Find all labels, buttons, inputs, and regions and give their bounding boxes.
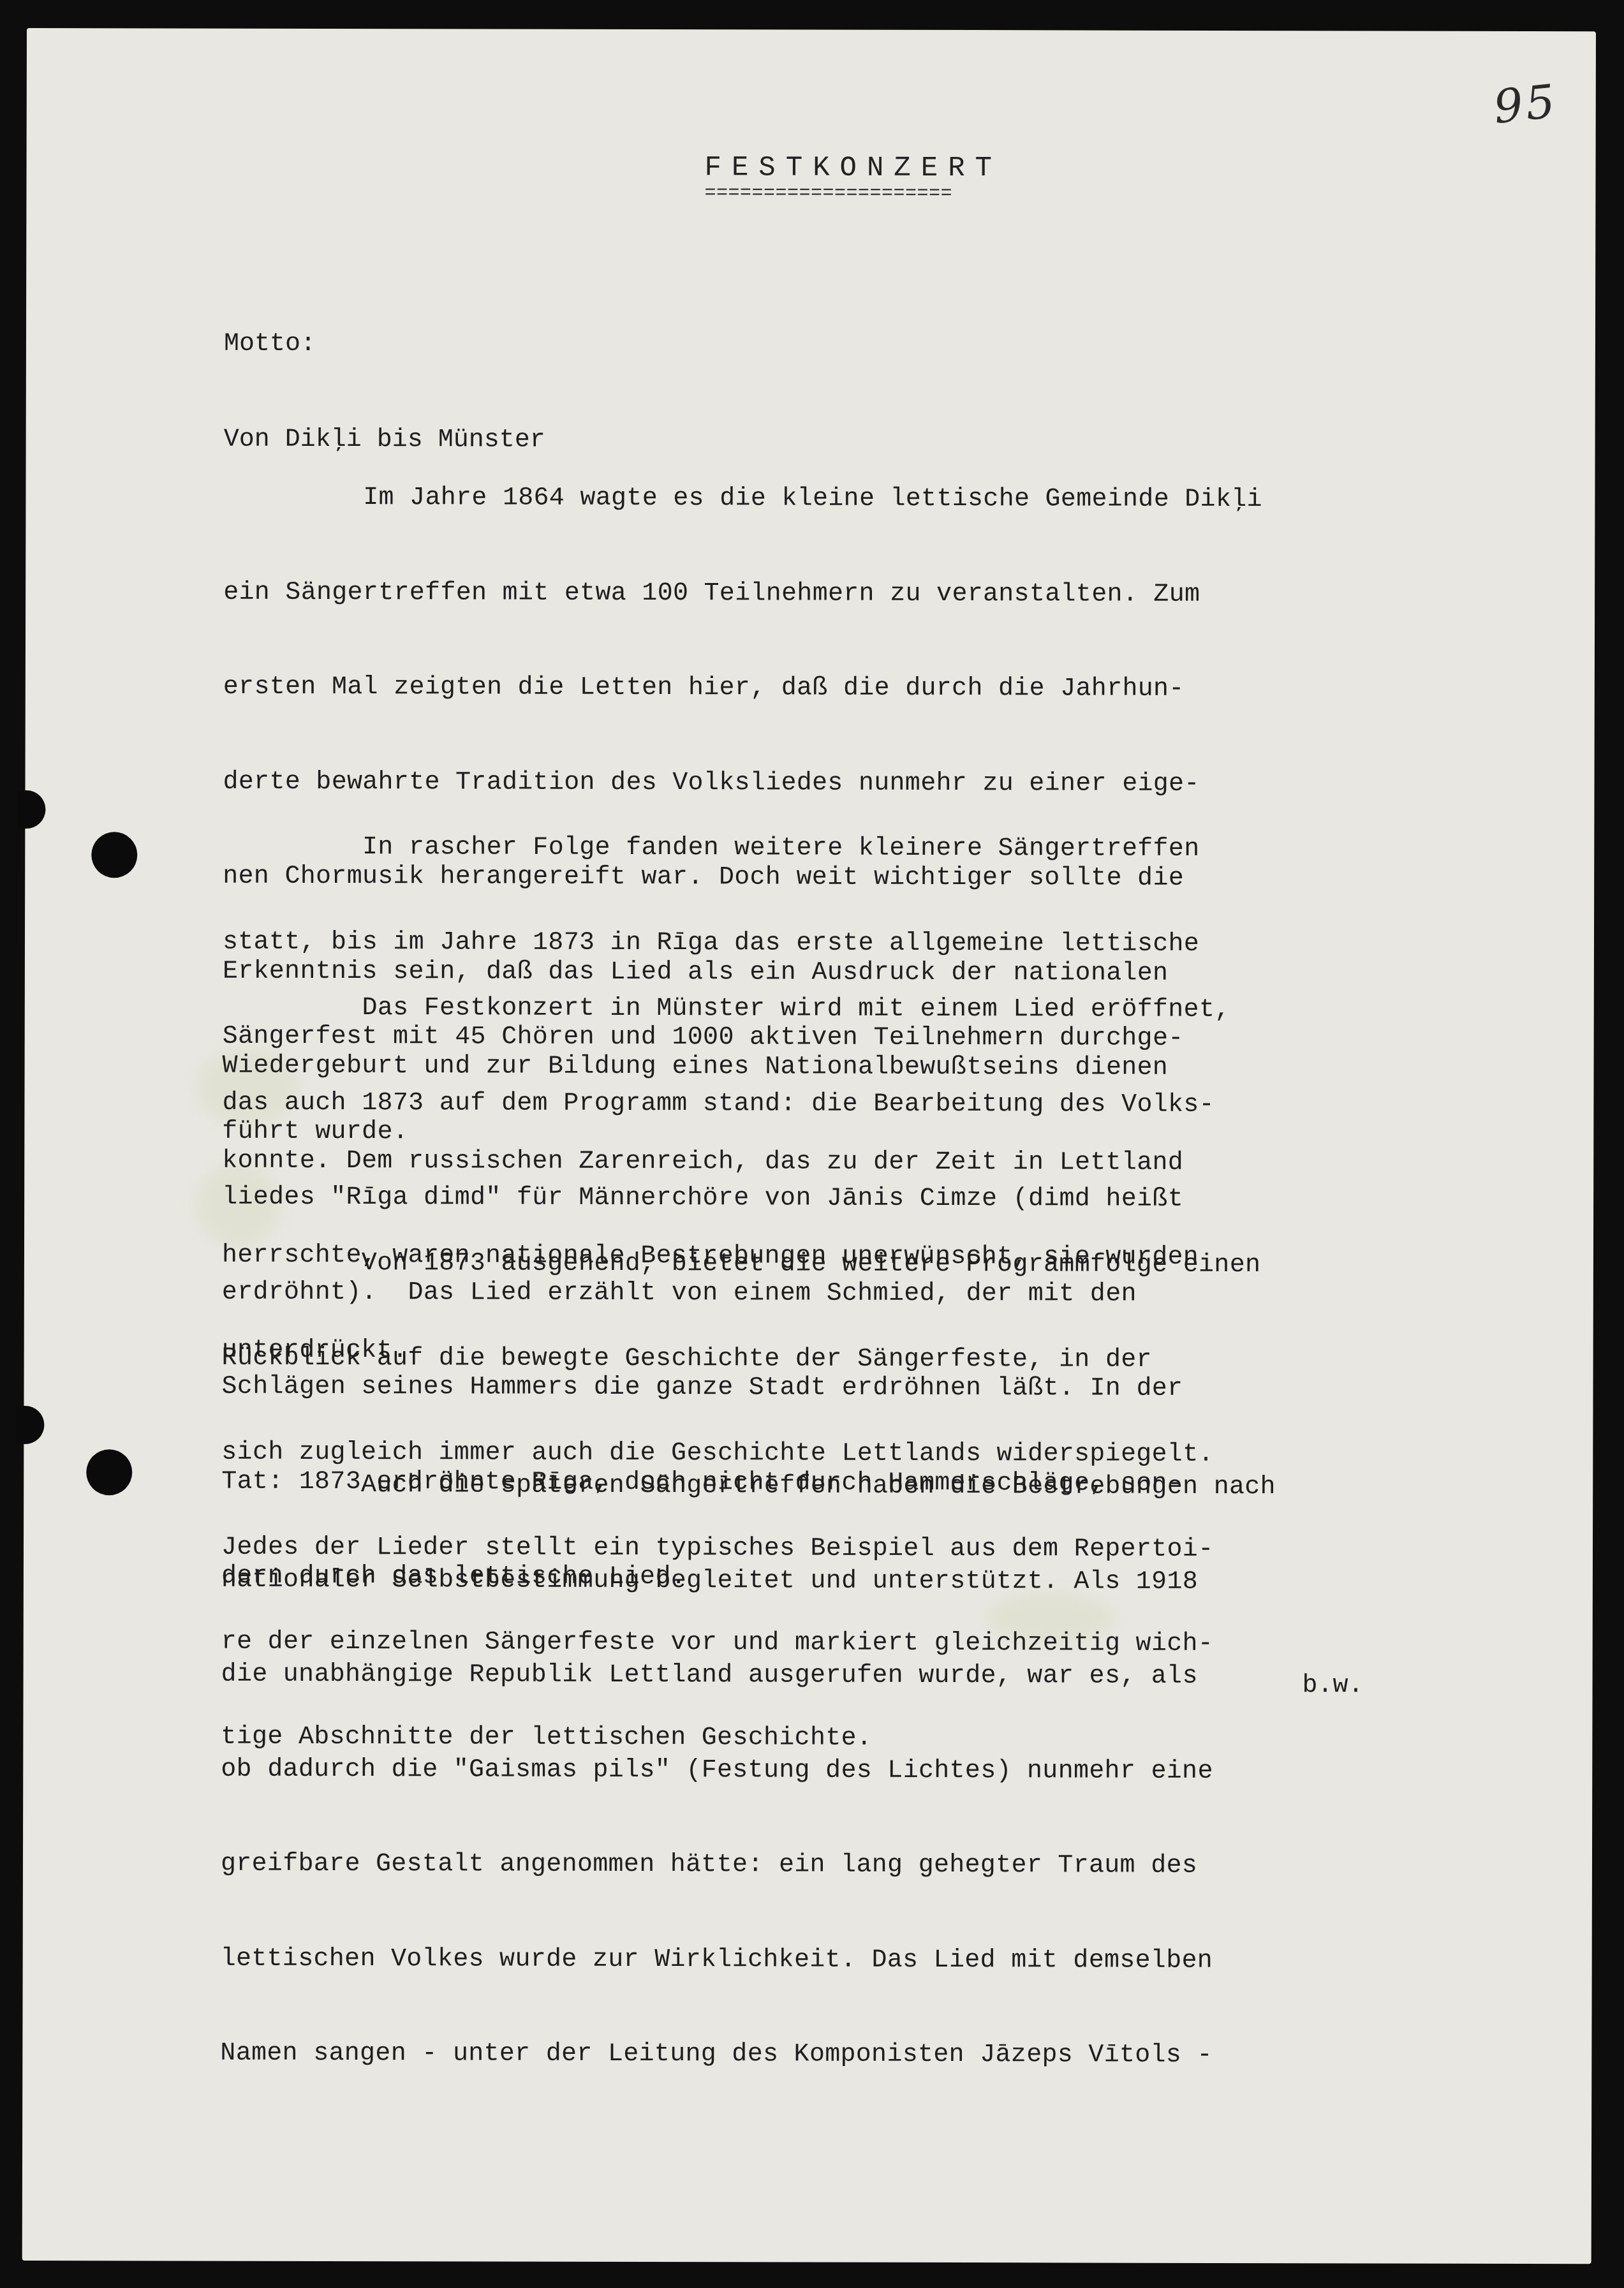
text-line: nationaler Selbstbestimmung begleitet un… <box>221 1564 1276 1598</box>
text-line: die unabhängige Republik Lettland ausger… <box>221 1659 1276 1693</box>
text-line: Das Festkonzert in Münster wird mit eine… <box>223 993 1230 1026</box>
text-line: ersten Mal zeigten die Letten hier, daß … <box>223 672 1262 705</box>
text-line: Rückblick auf die bewegte Geschichte der… <box>222 1342 1260 1376</box>
punch-hole <box>86 1449 132 1495</box>
continue-overleaf-note: b.w. <box>1303 1671 1364 1700</box>
text-line: Im Jahre 1864 wagte es die kleine lettis… <box>223 482 1262 516</box>
text-line: Namen sangen - unter der Leitung des Kom… <box>220 2038 1274 2072</box>
page-title: FESTKONZERT <box>704 154 1002 182</box>
punch-hole <box>91 832 137 878</box>
paragraph-5: Auch die späteren Sängertreffen haben di… <box>220 1406 1276 2135</box>
text-line: Auch die späteren Sängertreffen haben di… <box>221 1470 1276 1503</box>
text-line: ob dadurch die "Gaismas pils" (Festung d… <box>221 1753 1275 1787</box>
text-line: In rascher Folge fanden weitere kleinere… <box>223 832 1199 866</box>
edge-notch <box>16 1406 44 1444</box>
text-line: greifbare Gestalt angenommen hätte: ein … <box>221 1849 1275 1882</box>
motto-label: Motto: <box>224 328 545 361</box>
text-line: Von 1873 ausgehend, bietet die weitere P… <box>222 1248 1260 1281</box>
title-underline: ===================== <box>704 184 952 203</box>
text-line: das auch 1873 auf dem Programm stand: di… <box>222 1087 1230 1121</box>
document-page: 95 FESTKONZERT ===================== Mot… <box>22 28 1596 2264</box>
handwritten-page-number: 95 <box>1491 74 1560 134</box>
text-line: ein Sängertreffen mit etwa 100 Teilnehme… <box>223 577 1262 610</box>
edge-notch <box>17 790 45 829</box>
text-line: lettischen Volkes wurde zur Wirklichkeit… <box>221 1943 1275 1977</box>
